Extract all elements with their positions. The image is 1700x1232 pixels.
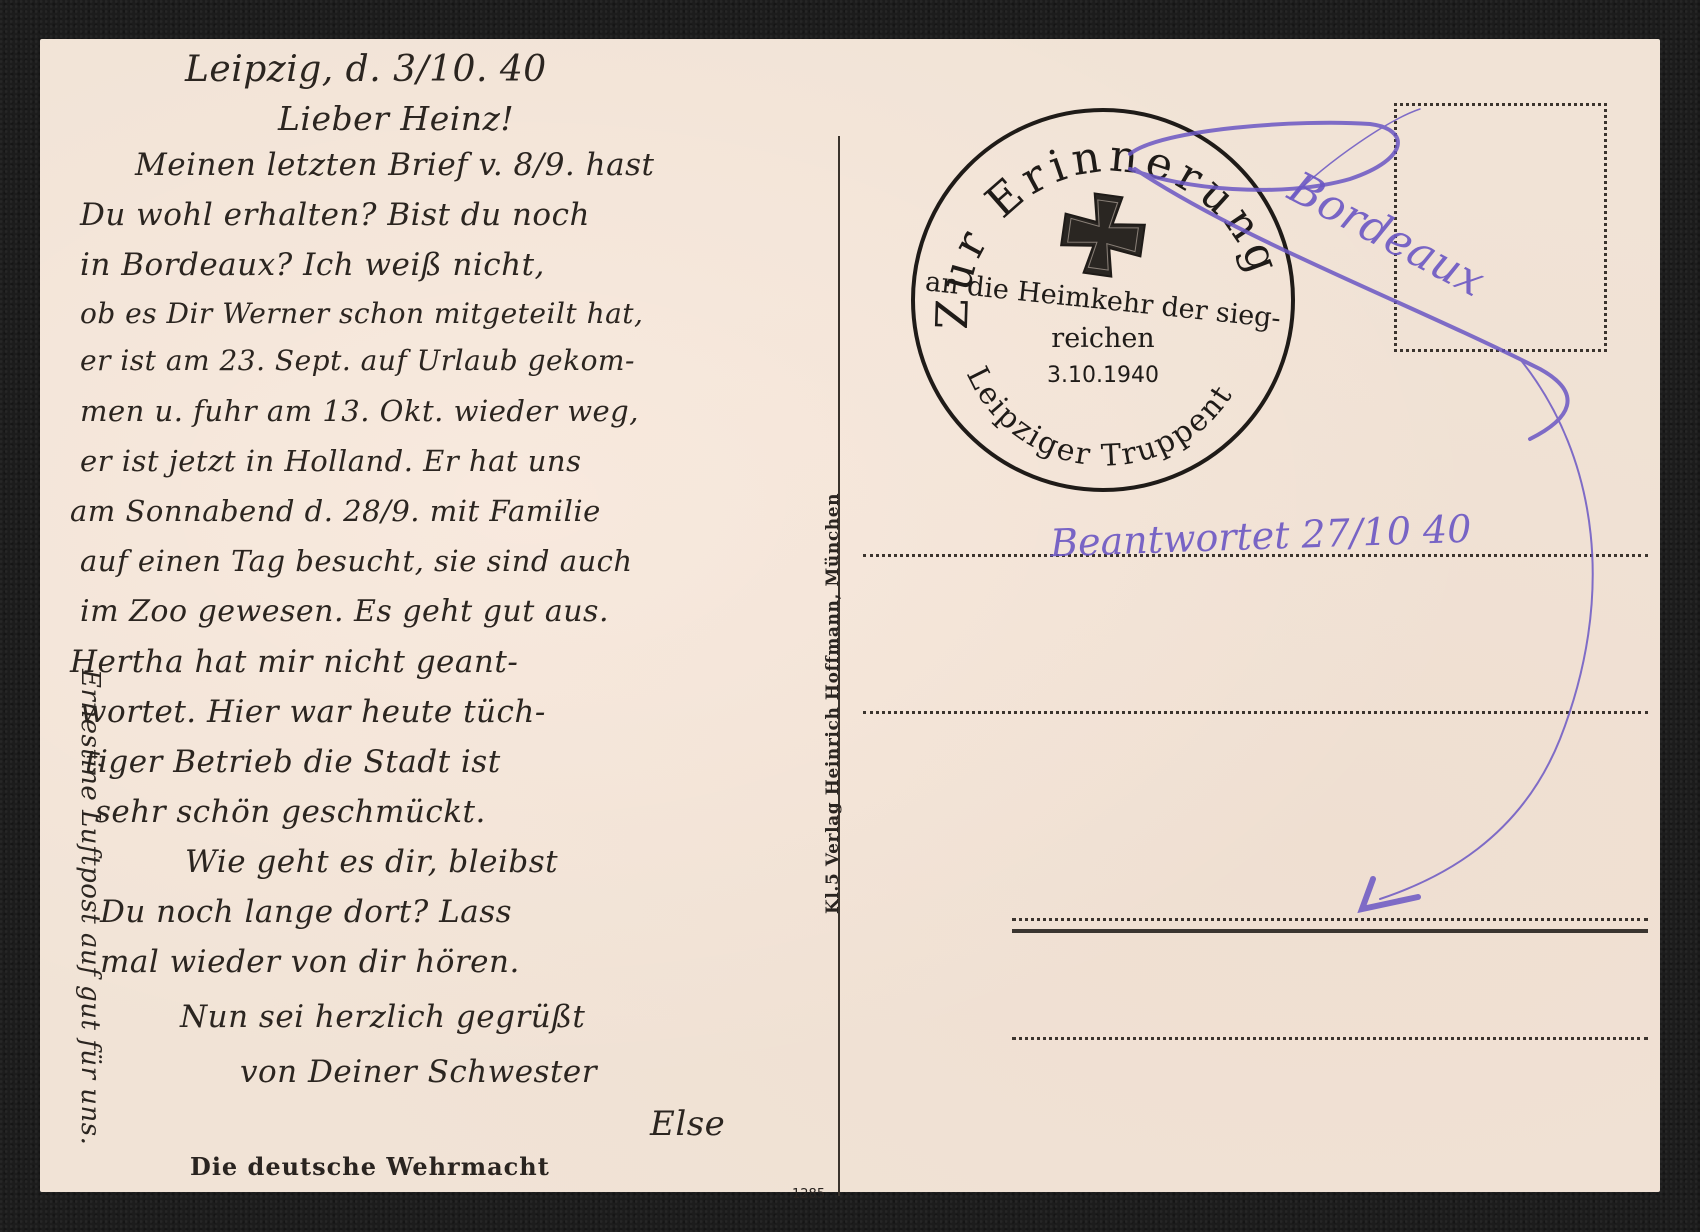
address-line-2: [863, 711, 1648, 714]
letter-line: Nun sei herzlich gegrüßt: [180, 999, 585, 1035]
letter-line: er ist am 23. Sept. auf Urlaub gekom-: [80, 344, 635, 377]
letter-line: am Sonnabend d. 28/9. mit Familie: [70, 494, 601, 528]
letter-line: von Deiner Schwester: [240, 1054, 597, 1090]
letter-line: in Bordeaux? Ich weiß nicht,: [80, 247, 545, 283]
letter-place-date: Leipzig, d. 3/10. 40: [185, 49, 547, 90]
card-number: 1285: [792, 1187, 825, 1202]
letter-line: tiger Betrieb die Stadt ist: [85, 744, 501, 780]
publisher-imprint: Kl.5 Verlag Heinrich Hoffmann, München: [823, 493, 843, 914]
letter-line: auf einen Tag besucht, sie sind auch: [80, 544, 633, 578]
letter-line: men u. fuhr am 13. Okt. wieder weg,: [80, 394, 639, 428]
iron-cross-icon: [1058, 190, 1148, 280]
postmark-date: 3.10.1940: [898, 363, 1308, 388]
letter-margin-note: Ernestine Luftpost auf gut für uns.: [75, 669, 105, 1145]
letter-line: Du wohl erhalten? Bist du noch: [80, 197, 590, 233]
address-line-4: [1012, 1037, 1648, 1040]
letter-salutation: Lieber Heinz!: [278, 99, 514, 138]
letter-line: Wie geht es dir, bleibst: [185, 844, 558, 880]
commemorative-postmark: Zur Erinnerung Leipziger Truppenteile an…: [898, 95, 1308, 505]
letter-line: mal wieder von dir hören.: [100, 944, 520, 980]
postmark-line-2: reichen: [898, 323, 1308, 354]
letter-line: Hertha hat mir nicht geant-: [70, 644, 518, 680]
letter-line: wortet. Hier war heute tüch-: [80, 694, 546, 730]
letter-line: sehr schön geschmückt.: [95, 794, 486, 830]
postcard: Leipzig, d. 3/10. 40 Lieber Heinz! Meine…: [40, 39, 1660, 1192]
letter-line: Meinen letzten Brief v. 8/9. hast: [135, 147, 654, 183]
letter-line: Du noch lange dort? Lass: [100, 894, 512, 930]
letter-line: er ist jetzt in Holland. Er hat uns: [80, 444, 582, 478]
address-line-3: [1012, 918, 1648, 921]
address-solid-line: [1012, 929, 1648, 933]
letter-line: ob es Dir Werner schon mitgeteilt hat,: [80, 297, 643, 330]
letter-line: im Zoo gewesen. Es geht gut aus.: [80, 594, 609, 629]
card-caption: Die deutsche Wehrmacht: [190, 1152, 550, 1181]
letter-signature: Else: [650, 1104, 725, 1144]
